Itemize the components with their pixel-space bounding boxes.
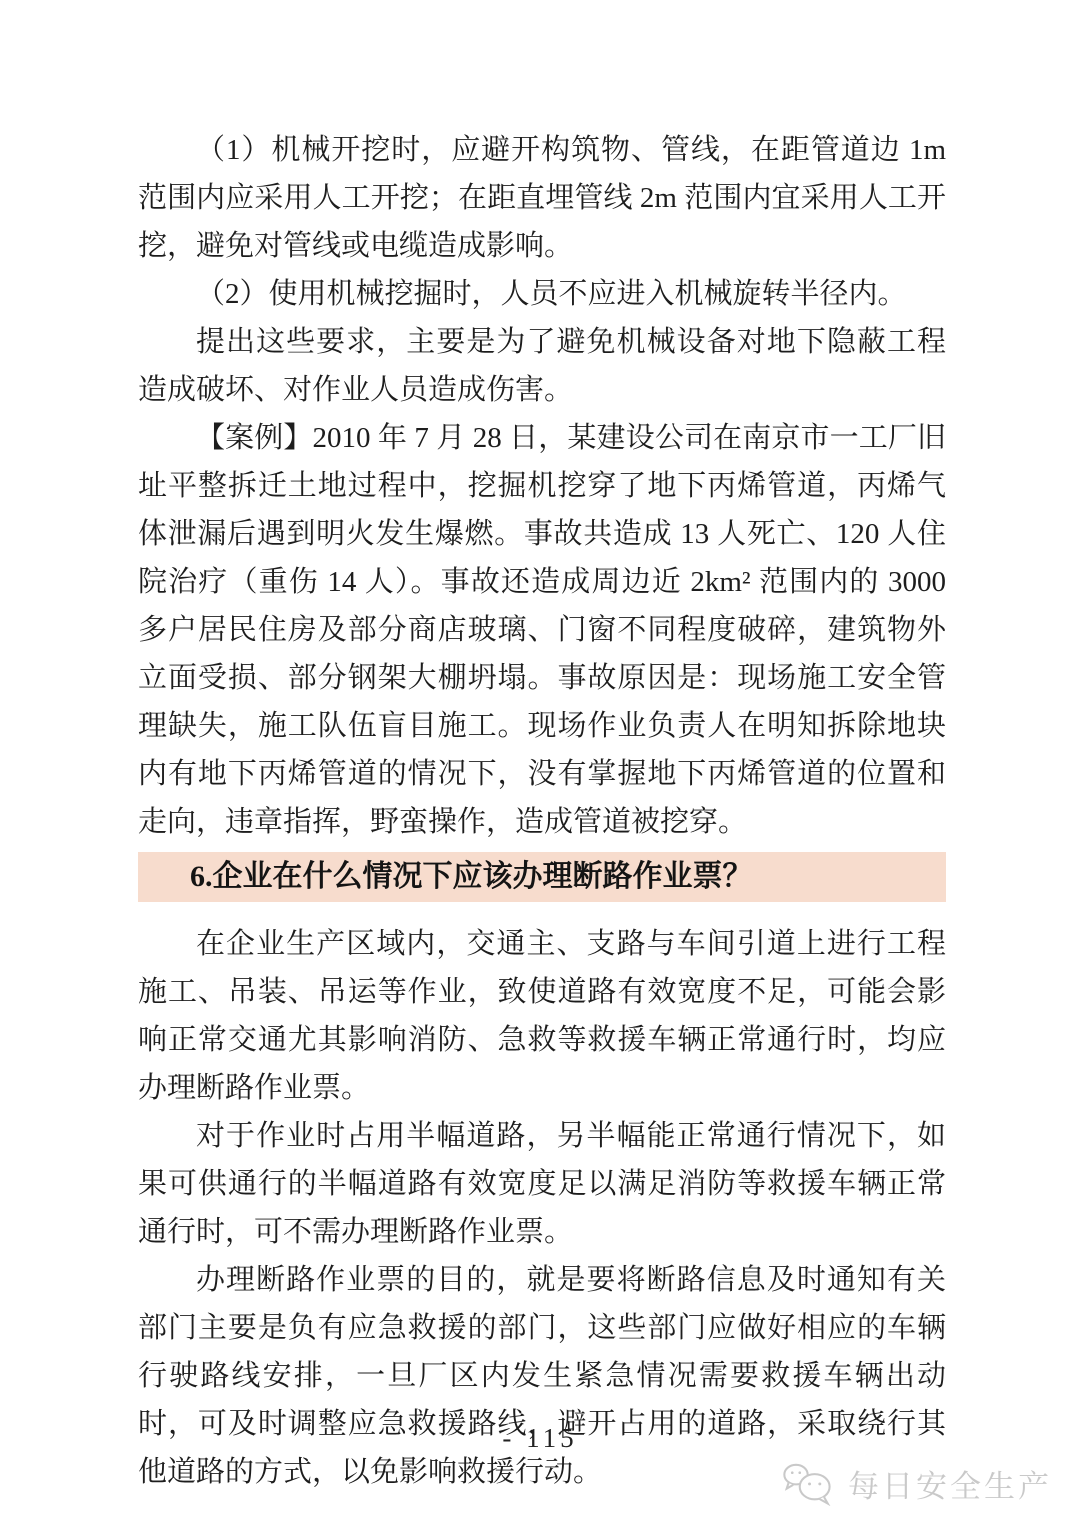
- document-page: （1）机械开挖时，应避开构筑物、管线，在距管道边 1m 范围内应采用人工开挖；在…: [0, 0, 1080, 1528]
- paragraph-rule-2: （2）使用机械挖掘时，人员不应进入机械旋转半径内。: [138, 270, 946, 318]
- page-number-text: - 115: [502, 1423, 577, 1453]
- section-heading-text: 6.企业在什么情况下应该办理断路作业票？: [190, 860, 753, 893]
- paragraph-rule-1: （1）机械开挖时，应避开构筑物、管线，在距管道边 1m 范围内应采用人工开挖；在…: [138, 126, 946, 270]
- paragraph-section-2: 对于作业时占用半幅道路，另半幅能正常通行情况下，如果可供通行的半幅道路有效宽度足…: [138, 1112, 946, 1256]
- section-heading-highlight: 6.企业在什么情况下应该办理断路作业票？: [138, 852, 946, 902]
- publisher-watermark: 每日安全生产: [782, 1460, 1052, 1506]
- paragraph-case-study: 【案例】2010 年 7 月 28 日，某建设公司在南京市一工厂旧址平整拆迁土地…: [138, 414, 946, 846]
- page-body: （1）机械开挖时，应避开构筑物、管线，在距管道边 1m 范围内应采用人工开挖；在…: [138, 126, 946, 1496]
- wechat-icon: [782, 1460, 838, 1506]
- watermark-text: 每日安全生产: [848, 1461, 1052, 1506]
- page-number: - 115: [0, 1423, 1080, 1454]
- paragraph-explanation: 提出这些要求，主要是为了避免机械设备对地下隐蔽工程造成破坏、对作业人员造成伤害。: [138, 318, 946, 414]
- paragraph-section-1: 在企业生产区域内，交通主、支路与车间引道上进行工程施工、吊装、吊运等作业，致使道…: [138, 920, 946, 1112]
